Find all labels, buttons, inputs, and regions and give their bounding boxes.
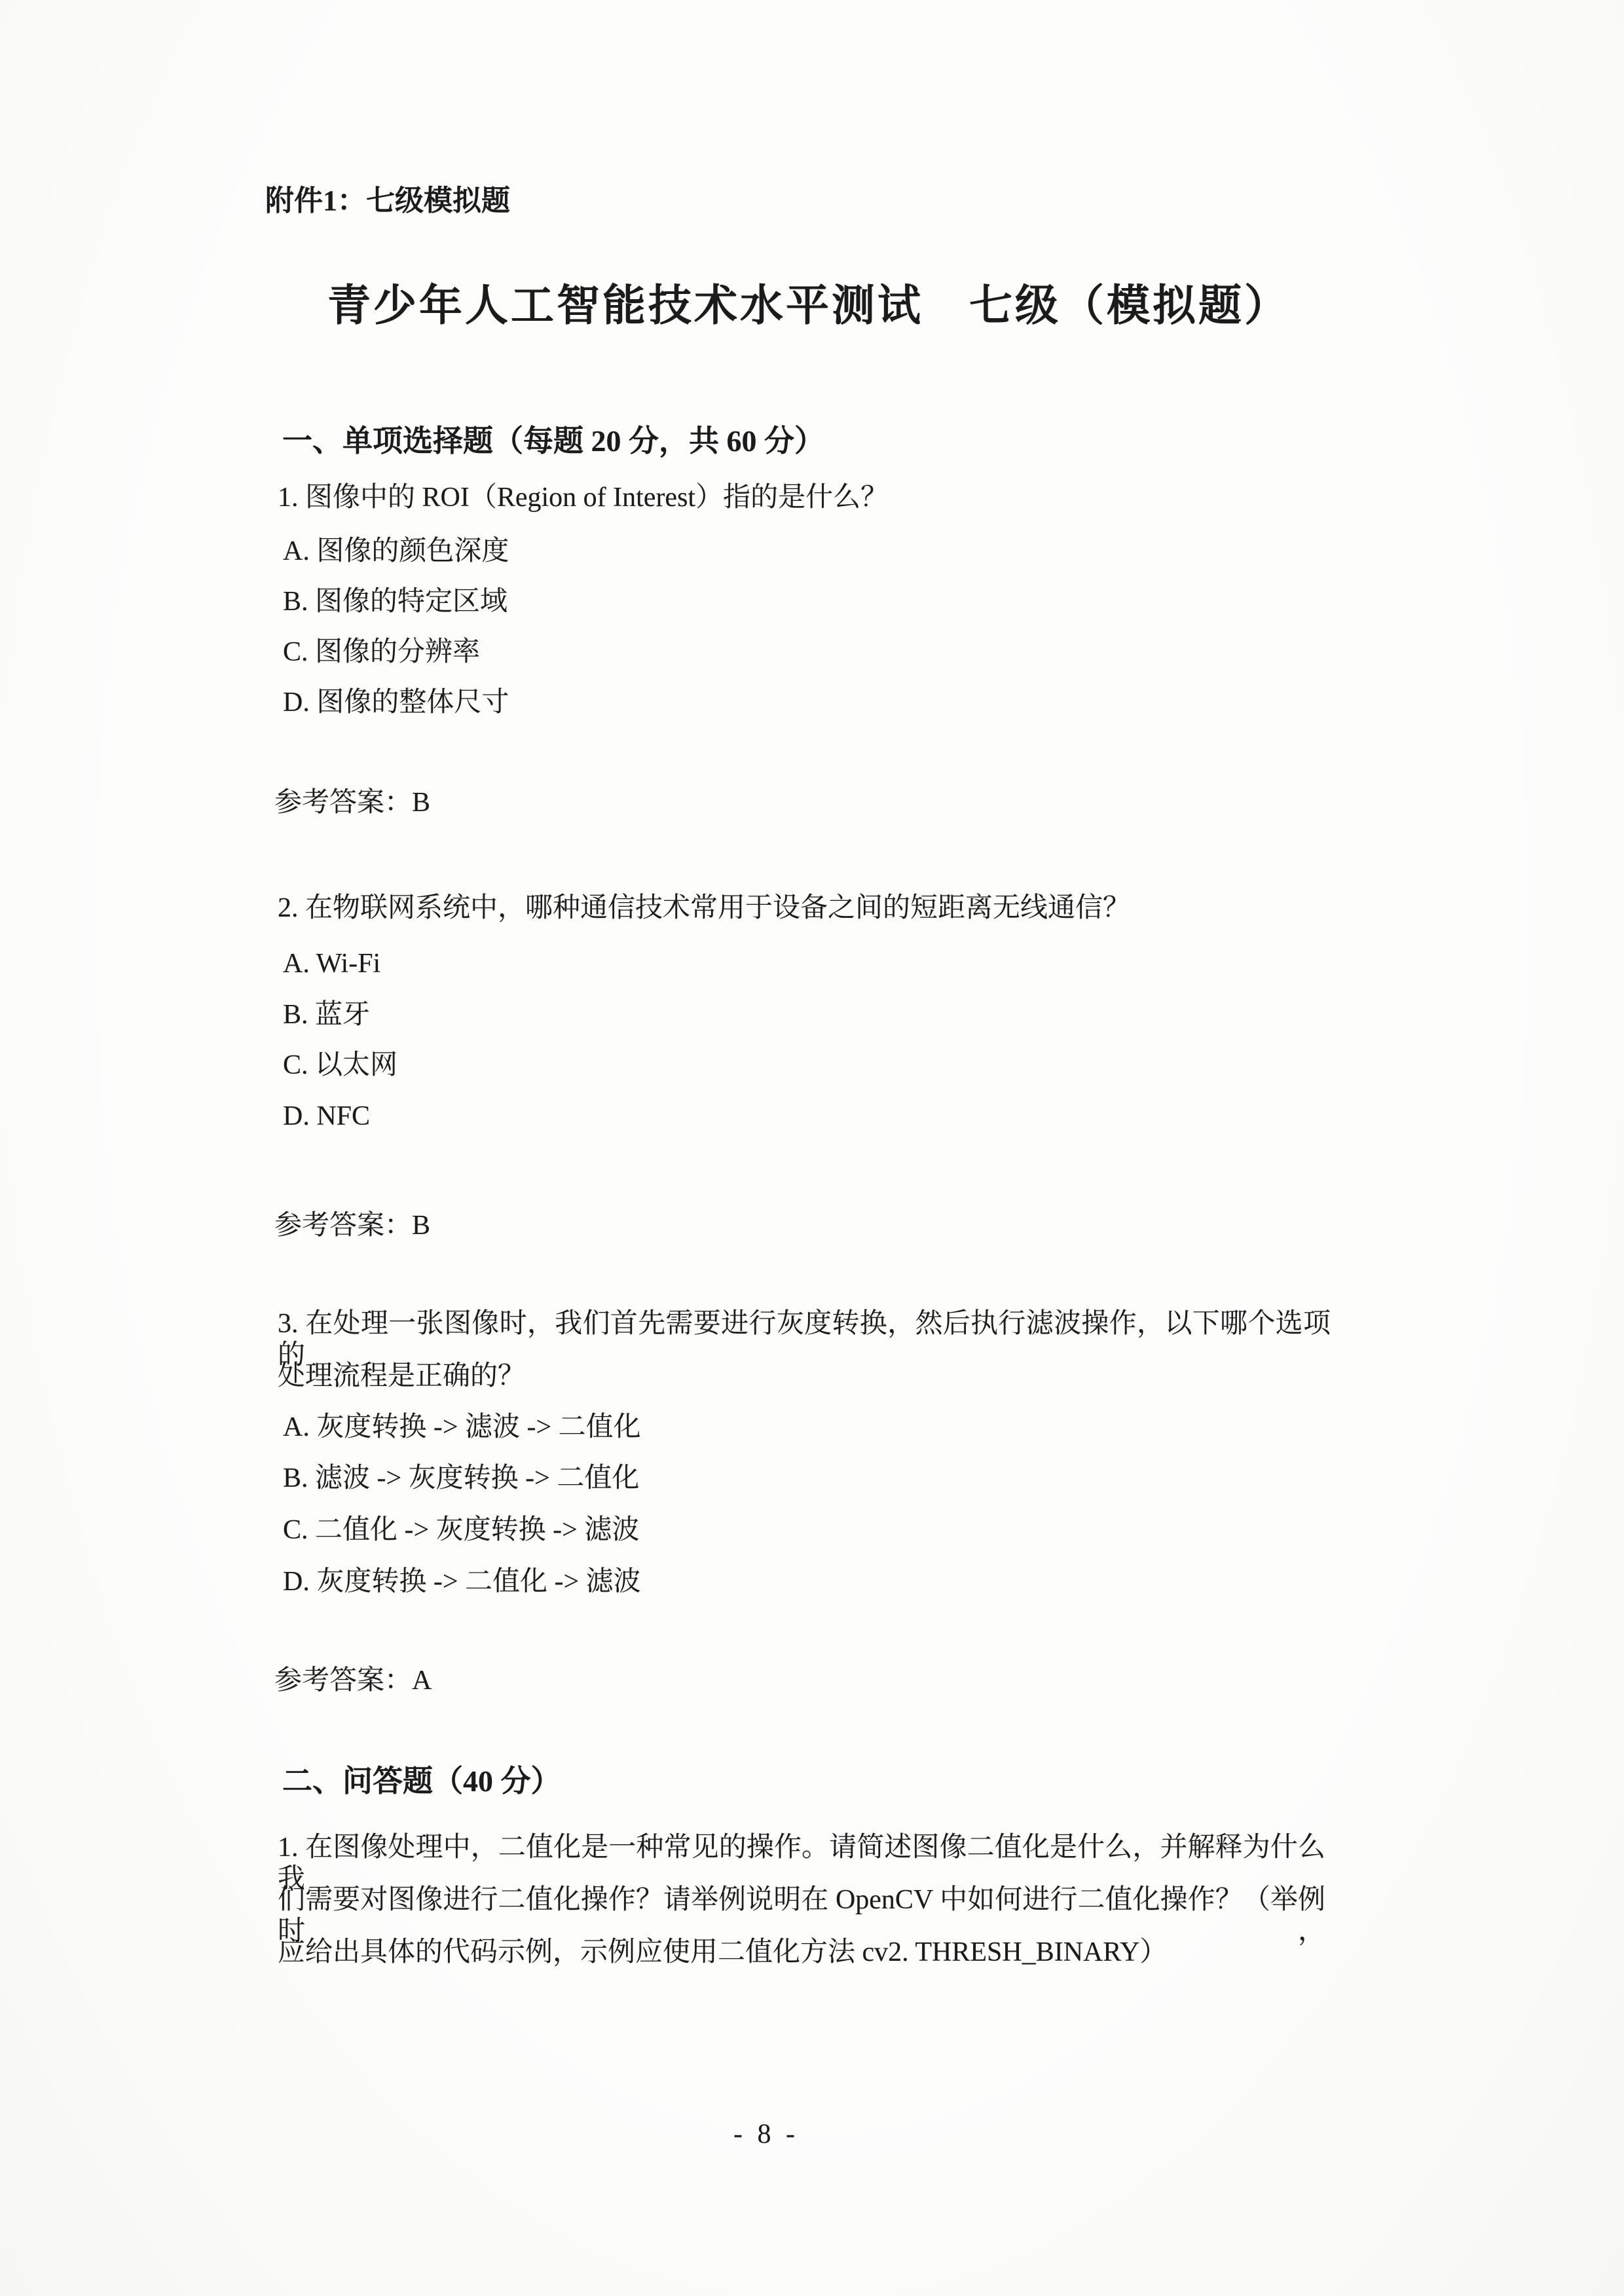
question-3-answer: 参考答案：A [274,1665,432,1696]
essay-question-line-3: 应给出具体的代码示例，示例应使用二值化方法 cv2. THRESH_BINARY… [278,1937,1167,1968]
question-1-answer: 参考答案：B [274,787,430,818]
question-2-option-d: D. NFC [283,1101,370,1132]
question-3-stem-line-2: 处理流程是正确的？ [278,1360,525,1392]
question-2-answer: 参考答案：B [274,1210,430,1241]
question-1-option-a: A. 图像的颜色深度 [283,536,509,567]
question-1-option-c: C. 图像的分辨率 [283,636,480,668]
question-2-option-a: A. Wi-Fi [283,948,380,979]
question-2-stem: 2. 在物联网系统中，哪种通信技术常用于设备之间的短距离无线通信？ [278,892,1130,924]
question-1-stem: 1. 图像中的 ROI（Region of Interest）指的是什么？ [278,482,888,513]
section-choice-heading: 一、单项选择题（每题 20 分，共 60 分） [282,424,824,459]
question-1-option-d: D. 图像的整体尺寸 [283,687,509,718]
exam-document-page: 附件1：七级模拟题 青少年人工智能技术水平测试 七级（模拟题） 一、单项选择题（… [0,0,1624,2296]
page-title: 青少年人工智能技术水平测试 七级（模拟题） [272,282,1346,331]
section-essay-heading: 二、问答题（40 分） [282,1764,561,1799]
question-1-option-b: B. 图像的特定区域 [283,586,507,617]
attachment-label: 附件1：七级模拟题 [265,185,510,218]
question-3-option-b: B. 滤波 -> 灰度转换 -> 二值化 [283,1463,639,1494]
question-3-option-a: A. 灰度转换 -> 滤波 -> 二值化 [283,1412,641,1443]
question-2-option-c: C. 以太网 [283,1049,397,1081]
question-2-option-b: B. 蓝牙 [283,999,370,1030]
page-number: - 8 - [0,2119,1532,2150]
question-3-option-d: D. 灰度转换 -> 二值化 -> 滤波 [283,1566,641,1597]
question-3-option-c: C. 二值化 -> 灰度转换 -> 滤波 [283,1514,639,1546]
